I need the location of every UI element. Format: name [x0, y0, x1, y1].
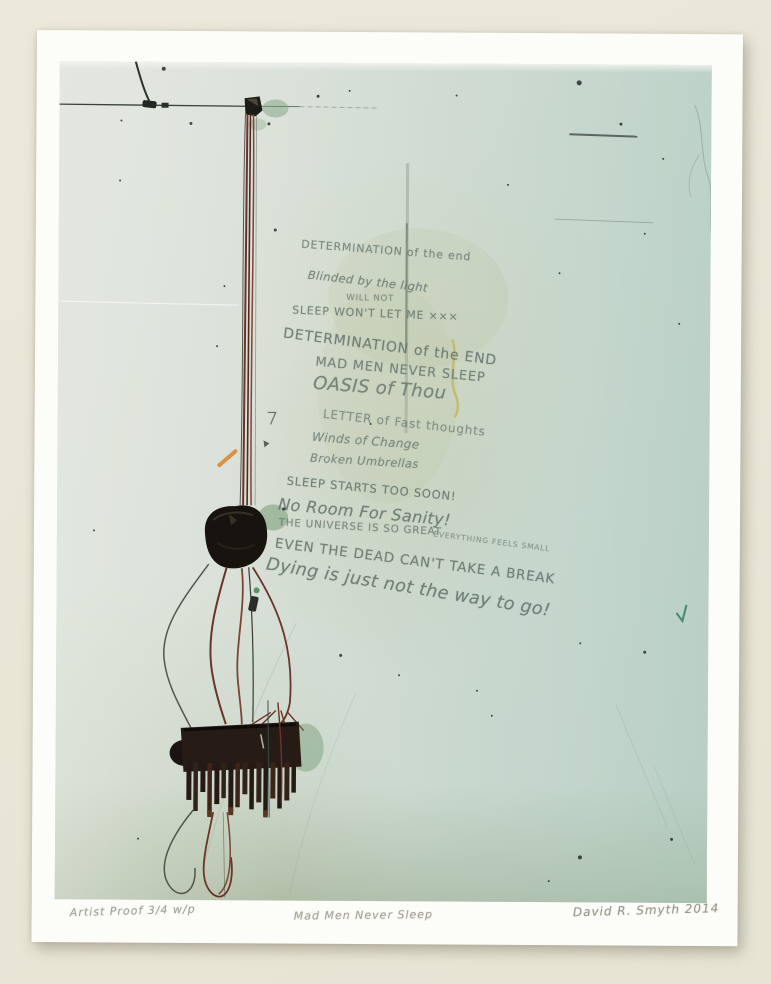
installation-artwork — [55, 61, 712, 903]
hanging-wire — [60, 61, 380, 110]
green-smudge — [262, 99, 288, 117]
photograph-area: DETERMINATION of the endBlinded by the l… — [55, 61, 712, 903]
wall-stains — [58, 101, 712, 895]
cord-bundle — [240, 114, 257, 505]
loose-cords-upper — [163, 564, 304, 738]
artist-signature: David R. Smyth 2014 — [573, 901, 720, 919]
diagonal-wire — [136, 62, 150, 102]
teal-check-mark — [676, 605, 686, 621]
print-paper-sheet: DETERMINATION of the endBlinded by the l… — [31, 30, 743, 946]
green-bead — [254, 587, 260, 593]
wire-clip-small — [162, 103, 169, 108]
orange-dash-mark — [219, 451, 235, 465]
black-pouch — [205, 504, 288, 569]
loose-cords-lower — [164, 810, 232, 897]
cord-clip — [248, 596, 259, 612]
edition-inscription: Artist Proof 3/4 w/p — [70, 903, 196, 920]
fringed-bag — [169, 700, 324, 818]
wire-clip — [142, 100, 157, 109]
title-inscription: Mad Men Never Sleep — [294, 908, 433, 923]
